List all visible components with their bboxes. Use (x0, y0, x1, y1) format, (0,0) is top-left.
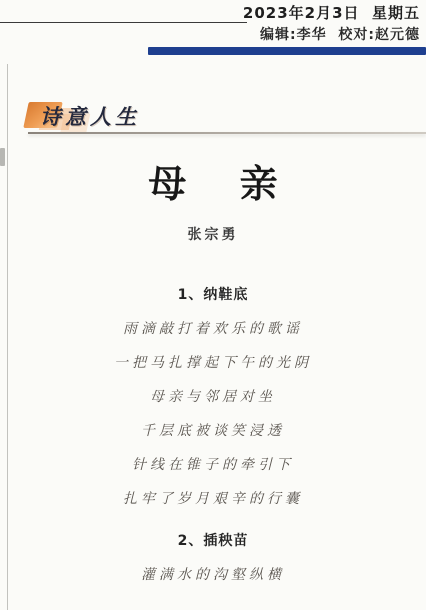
poem-line: 灌满水的沟壑纵横 (6, 566, 420, 584)
poem-line: 千层底被谈笑浸透 (6, 422, 420, 440)
section-banner-title: 诗意人生 (40, 101, 140, 131)
poem-line: 扎牢了岁月艰辛的行囊 (6, 490, 420, 508)
editor-proofreader-line: 编辑:李华 校对:赵元德 (260, 24, 420, 44)
publication-date: 2023年2月3日 星期五 (243, 2, 420, 23)
poem-author: 张宗勇 (6, 224, 420, 244)
section-banner-rule (28, 132, 426, 134)
poem-line: 雨滴敲打着欢乐的歌谣 (6, 320, 420, 338)
newspaper-page: 2023年2月3日 星期五 编辑:李华 校对:赵元德 诗意人生 母 亲 张宗勇 … (0, 0, 426, 610)
section-banner: 诗意人生 (26, 100, 426, 136)
poem-title: 母 亲 (6, 160, 420, 208)
scan-artifact (0, 148, 5, 166)
header-divider (0, 22, 247, 23)
poem-article: 母 亲 张宗勇 1、纳鞋底 雨滴敲打着欢乐的歌谣 一把马扎撑起下午的光阴 母亲与… (6, 160, 420, 584)
poem-line: 针线在锥子的牵引下 (6, 456, 420, 474)
stanza-heading: 2、插秧苗 (6, 530, 420, 550)
stanza-heading: 1、纳鞋底 (6, 284, 420, 304)
poem-line: 母亲与邻居对坐 (6, 388, 420, 406)
poem-line: 一把马扎撑起下午的光阴 (6, 354, 420, 372)
masthead-blue-bar (148, 47, 426, 55)
